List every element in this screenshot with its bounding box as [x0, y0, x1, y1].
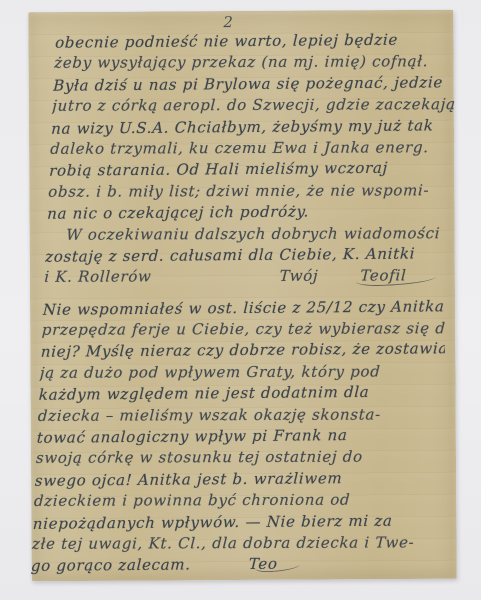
handwriting-line: jutro z córką aeropl. do Szwecji, gdzie …	[52, 94, 457, 117]
handwriting-line: W oczekiwaniu dalszych dobrych wiadomośc…	[46, 223, 451, 246]
final-signature: Teo	[248, 554, 278, 576]
handwriting-line: ją za dużo pod wpływem Graty, który pod	[39, 361, 444, 384]
closing-line: i K. Rollerów Twój Teofil	[44, 265, 449, 288]
page-number: 2	[223, 12, 445, 31]
handwriting-line: dzieckiem i powinna być chroniona od	[33, 489, 438, 512]
handwriting-line: swoją córkę w stosunku tej ostatniej do	[35, 447, 440, 470]
handwriting-line: Nie wspomniałeś w ost. liście z 25/12 cz…	[42, 296, 447, 321]
handwriting-line: na nic o czekającej ich podróży.	[47, 200, 452, 225]
handwriting-block: obecnie podnieść nie warto, lepiej będzi…	[30, 30, 459, 577]
letter-paper: 2 obecnie podnieść nie warto, lepiej będ…	[28, 10, 456, 582]
handwriting-line: Była dziś u nas pi Brylowa się pożegnać,…	[53, 72, 458, 97]
handwriting-line: obecnie podnieść nie warto, lepiej będzi…	[55, 29, 460, 54]
signature-name: Teofil	[360, 266, 407, 288]
handwriting-line: na wizy U.S.A. Chciałbym, żebyśmy my już…	[51, 115, 456, 140]
handwriting-line: go gorąco zalecam.	[30, 555, 191, 578]
handwriting-line: dziecka – mieliśmy wszak okazję skonsta-	[37, 404, 442, 427]
scan-background: 2 obecnie podnieść nie warto, lepiej będ…	[0, 0, 481, 600]
handwriting-line: niej? Myślę nieraz czy dobrze robisz, że…	[40, 339, 445, 364]
last-line: go gorąco zalecam. Teo	[30, 553, 435, 578]
closing-recipients: i K. Rollerów	[44, 267, 152, 289]
handwriting-line: swego ojca! Anitka jest b. wrażliwem	[34, 467, 439, 492]
handwriting-line: każdym względem nie jest dodatnim dla	[38, 381, 443, 406]
closing-valediction: Twój	[279, 266, 319, 288]
handwriting-line: robią starania. Od Hali mieliśmy wczoraj	[49, 158, 454, 183]
handwriting-line: obsz. i b. miły list; dziwi mnie, że nie…	[48, 180, 453, 203]
handwriting-line: zostaję z serd. całusami dla Ciebie, K. …	[45, 243, 450, 268]
handwriting-line: niepożądanych wpływów. — Nie bierz mi za	[32, 510, 437, 535]
handwriting-line: daleko trzymali, ku czemu Ewa i Janka en…	[50, 137, 455, 160]
handwriting-line: żeby wysyłający przekaz (na mj. imię) co…	[54, 51, 459, 74]
handwriting-line: złe tej uwagi, Kt. Cl., dla dobra dzieck…	[31, 532, 436, 555]
